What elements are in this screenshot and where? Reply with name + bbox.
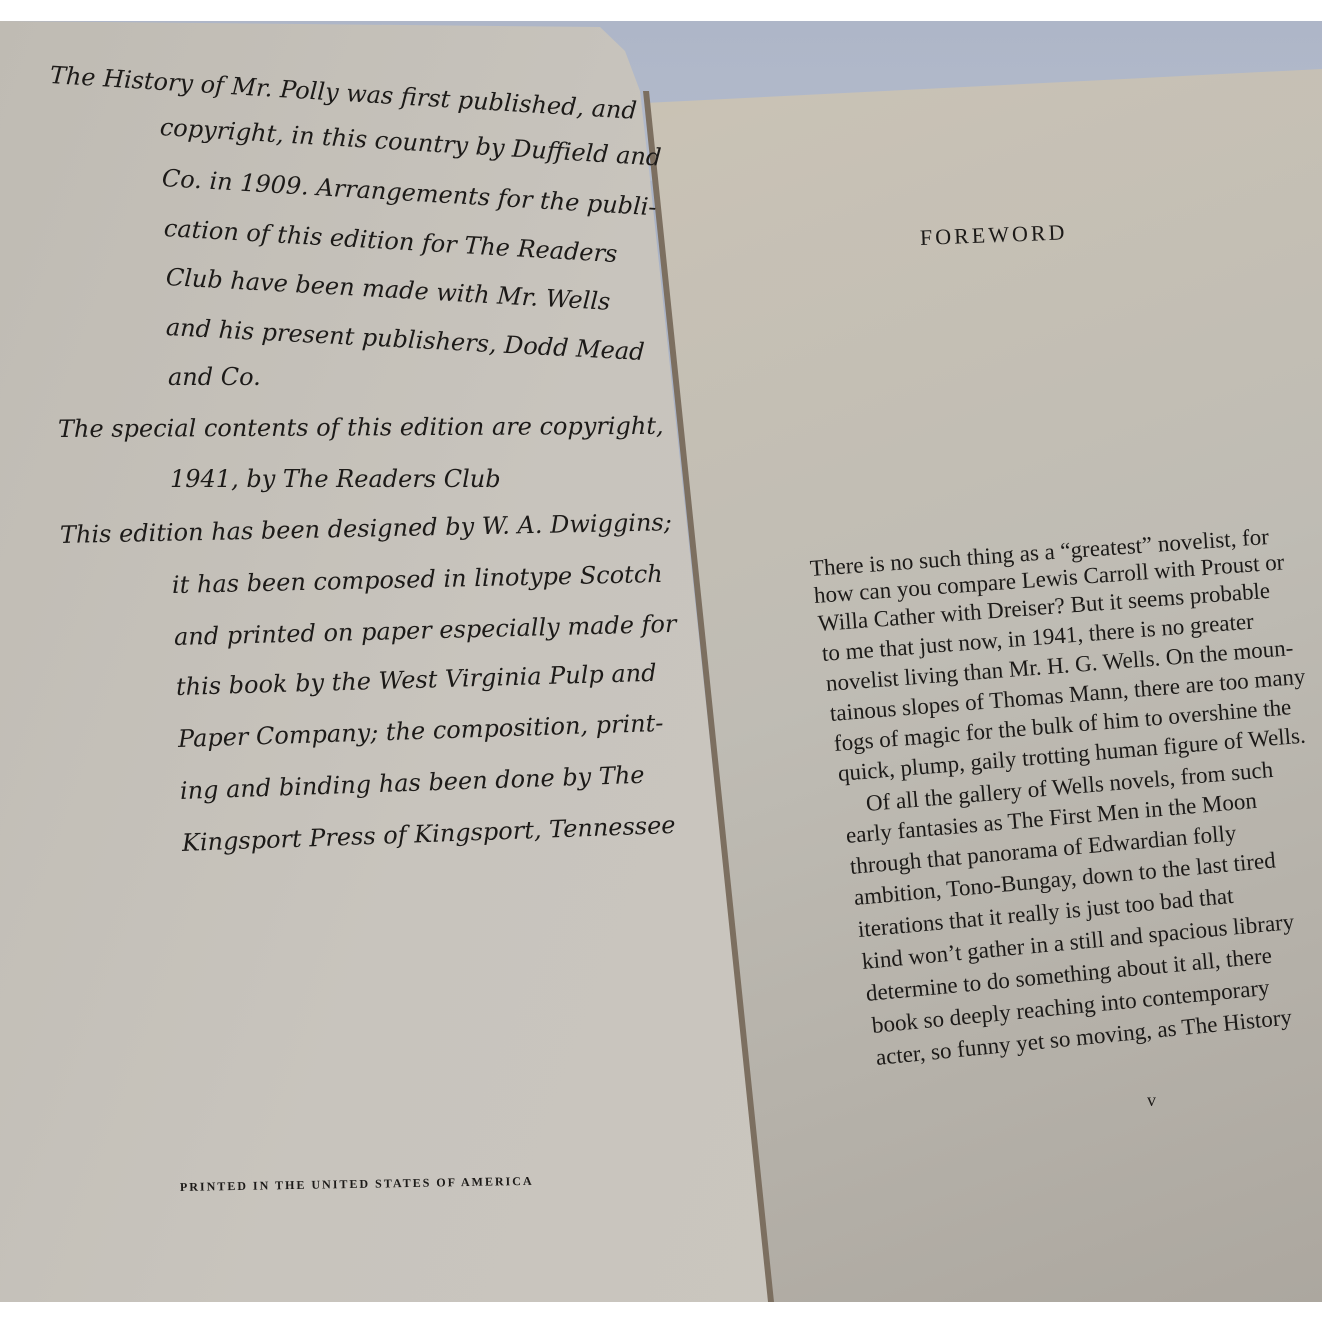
foreword-body: There is no such thing as a “greatest” n…	[0, 21, 1322, 1302]
book-photo: The History of Mr. Polly was first publi…	[0, 21, 1322, 1302]
page-number: v	[1147, 1090, 1156, 1111]
